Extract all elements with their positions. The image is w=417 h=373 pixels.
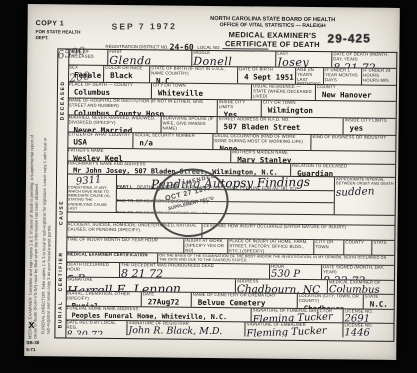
- residence-county-value: New Hanover: [322, 91, 395, 100]
- copy-recipient: FOR STATE HEALTH DEPT.: [35, 29, 81, 41]
- race-value: Black: [110, 72, 148, 81]
- sex-value: Female: [74, 71, 102, 80]
- form-revision: 5-71: [26, 347, 35, 352]
- injury-at-work-label: INJURY AT WORK (SPECIFY YES OR NO): [185, 239, 226, 253]
- embalmer-license-value: 1446: [344, 328, 392, 338]
- row-registrar: DATE REC'D BY LOCAL REG. 8-30-72 SIGNATU…: [65, 320, 393, 337]
- form-code: SB-30: [26, 340, 39, 345]
- margin-x-mark: X: [28, 320, 34, 330]
- section-label-deceased: DECEASED: [60, 70, 67, 130]
- burial-location-value: Chadbourn: [304, 305, 362, 309]
- pronounced-hour-value: 530 P: [271, 269, 320, 279]
- injury-county-label: COUNTY: [345, 240, 370, 245]
- dob-value: 4 Sept 1951: [244, 73, 294, 82]
- last-name-value: Josey: [277, 56, 330, 67]
- under-1-year-label: IF UNDER 1 YEAR MONTHS DAYS: [325, 68, 360, 83]
- name-label: NAME OF DECEASED: [69, 49, 106, 59]
- copy-block: COPY 1 FOR STATE HEALTH DEPT.: [35, 20, 81, 41]
- form-grid: DECEASED CAUSE CERTIFIER BURIAL CAUSE AM…: [54, 48, 397, 342]
- burial-type-label: BURIAL, CREMATION, OTHER (SPECIFY): [67, 291, 140, 301]
- me-certification-statement: ON THE BASIS OF THE EXAMINATION OF THE B…: [159, 253, 393, 264]
- copy-number: COPY 1: [36, 20, 82, 27]
- marital-label: MARRIED, NEVER MARRIED, WIDOWED, DIVORCE…: [69, 115, 160, 126]
- relation-value: Guardian: [297, 170, 394, 177]
- pronounced-date-value: 8 21 72: [121, 268, 268, 279]
- marital-value: Never Married: [73, 126, 159, 132]
- spouse-label: SURVIVING SPOUSE (IF WIFE, GIVE MAIDEN N…: [163, 116, 216, 131]
- embalmer-signature-value: Fleming Tucker: [246, 326, 341, 338]
- middle-name-value: Donell: [193, 56, 274, 67]
- received-date-stamp: SEP 7 1972: [112, 21, 177, 31]
- registrar-signature-value: John R. Black, M.D.: [128, 326, 243, 336]
- margin-instructions-inner: FUNERAL DIRECTOR: Take copies 1 & 3 to l…: [40, 134, 53, 334]
- occupation-label: USUAL OCCUPATION (KIND OF WORK DONE DURI…: [214, 134, 309, 145]
- me-signature-value: Harrell E. Lennon: [67, 281, 234, 292]
- citizen-value: USA: [73, 138, 131, 147]
- residence-city-value: Wilmington: [268, 106, 395, 116]
- birth-state-value: N.C.: [156, 77, 236, 83]
- burial-location-label: LOCATION (CITY, TOWN, OR COUNTY): [299, 294, 362, 304]
- pod-city-limits-value: Yes: [224, 111, 260, 117]
- pod-city-value: Whiteville: [158, 89, 250, 98]
- interval-a-value: sudden: [336, 185, 394, 198]
- certificate-paper: COPY 1 FOR STATE HEALTH DEPT. 6590 200 S…: [24, 4, 400, 360]
- ssn-value: n/a: [139, 139, 211, 148]
- funeral-director-license-value: 2691: [345, 314, 393, 323]
- injury-description-label: DESCRIBE HOW INJURY OCCURRED (ENTER NATU…: [204, 224, 394, 231]
- residence-city-limits-value: yes: [350, 124, 395, 133]
- cemetery-value: Belvue Cemetery: [198, 299, 296, 308]
- death-hour-value: 5 P: [67, 271, 119, 277]
- burial-date-value: 27Aug72: [148, 298, 190, 307]
- first-name-value: Glenda: [109, 55, 190, 66]
- birth-state-label: STATE OF BIRTH (IF NOT IN U.S.A., NAME C…: [151, 66, 236, 77]
- spouse-value: [168, 132, 216, 133]
- cause-conditions-note: CONDITIONS, IF ANY, WHICH GAVE RISE TO I…: [68, 185, 115, 210]
- industry-value: [317, 141, 394, 142]
- injury-city-label: CITY OR TOWN: [315, 240, 342, 250]
- street-value: 507 Bladen Street: [224, 123, 342, 132]
- row-cause-part1: 9311 CONDITIONS, IF ANY, WHICH GAVE RISE…: [67, 174, 395, 215]
- section-label-burial: BURIAL: [57, 284, 64, 344]
- under-24-hours-label: IF UNDER 24 HOURS HOURS MIN.: [363, 69, 395, 84]
- place-of-injury-label: PLACE OF INJURY (AT HOME, FARM, STREET, …: [229, 239, 312, 254]
- burial-state-value: N.C.: [370, 300, 393, 308]
- me-address-value: Chadbourn, NC: [237, 284, 326, 293]
- time-of-injury-label: TIME OF INJURY MONTH DAY YEAR HOUR: [67, 237, 182, 243]
- pod-county-value: Columbus: [74, 88, 150, 97]
- injury-state-label: STATE: [373, 241, 393, 246]
- certificate-number-stamp: 29-425: [327, 31, 370, 45]
- margin-instructions-outer: MEDICAL EXAMINER: Complete and sign copi…: [27, 124, 40, 339]
- funeral-director-signature-value: Fleming Tucker: [252, 312, 341, 323]
- me-of-value: Columbus: [329, 285, 393, 294]
- age-label: AGE (IN YEARS LAST BIRTHDAY): [297, 68, 322, 84]
- date-received-value: 8-30-72: [66, 330, 125, 335]
- residence-state-label: USUAL RESIDENCE — STATE (WHERE DECEASED …: [253, 84, 314, 99]
- industry-label: KIND OF BUSINESS OR INDUSTRY: [312, 135, 394, 141]
- section-label-cause: CAUSE: [58, 182, 65, 242]
- pod-city-limits-label: INSIDE CITY LIMITS: [219, 100, 260, 110]
- burial-type-value: Burial: [72, 302, 140, 306]
- me-certification-label: MEDICAL EXAMINER CERTIFICATION: [67, 252, 156, 258]
- header-office: OFFICE OF VITAL STATISTICS — RALEIGH: [178, 22, 368, 30]
- date-signed-value: 8-22-72: [323, 275, 393, 280]
- date-of-death-value: 8-21-72: [333, 62, 395, 68]
- scanned-death-certificate: { "corner": { "copy": "COPY 1", "copy_fo…: [0, 0, 417, 373]
